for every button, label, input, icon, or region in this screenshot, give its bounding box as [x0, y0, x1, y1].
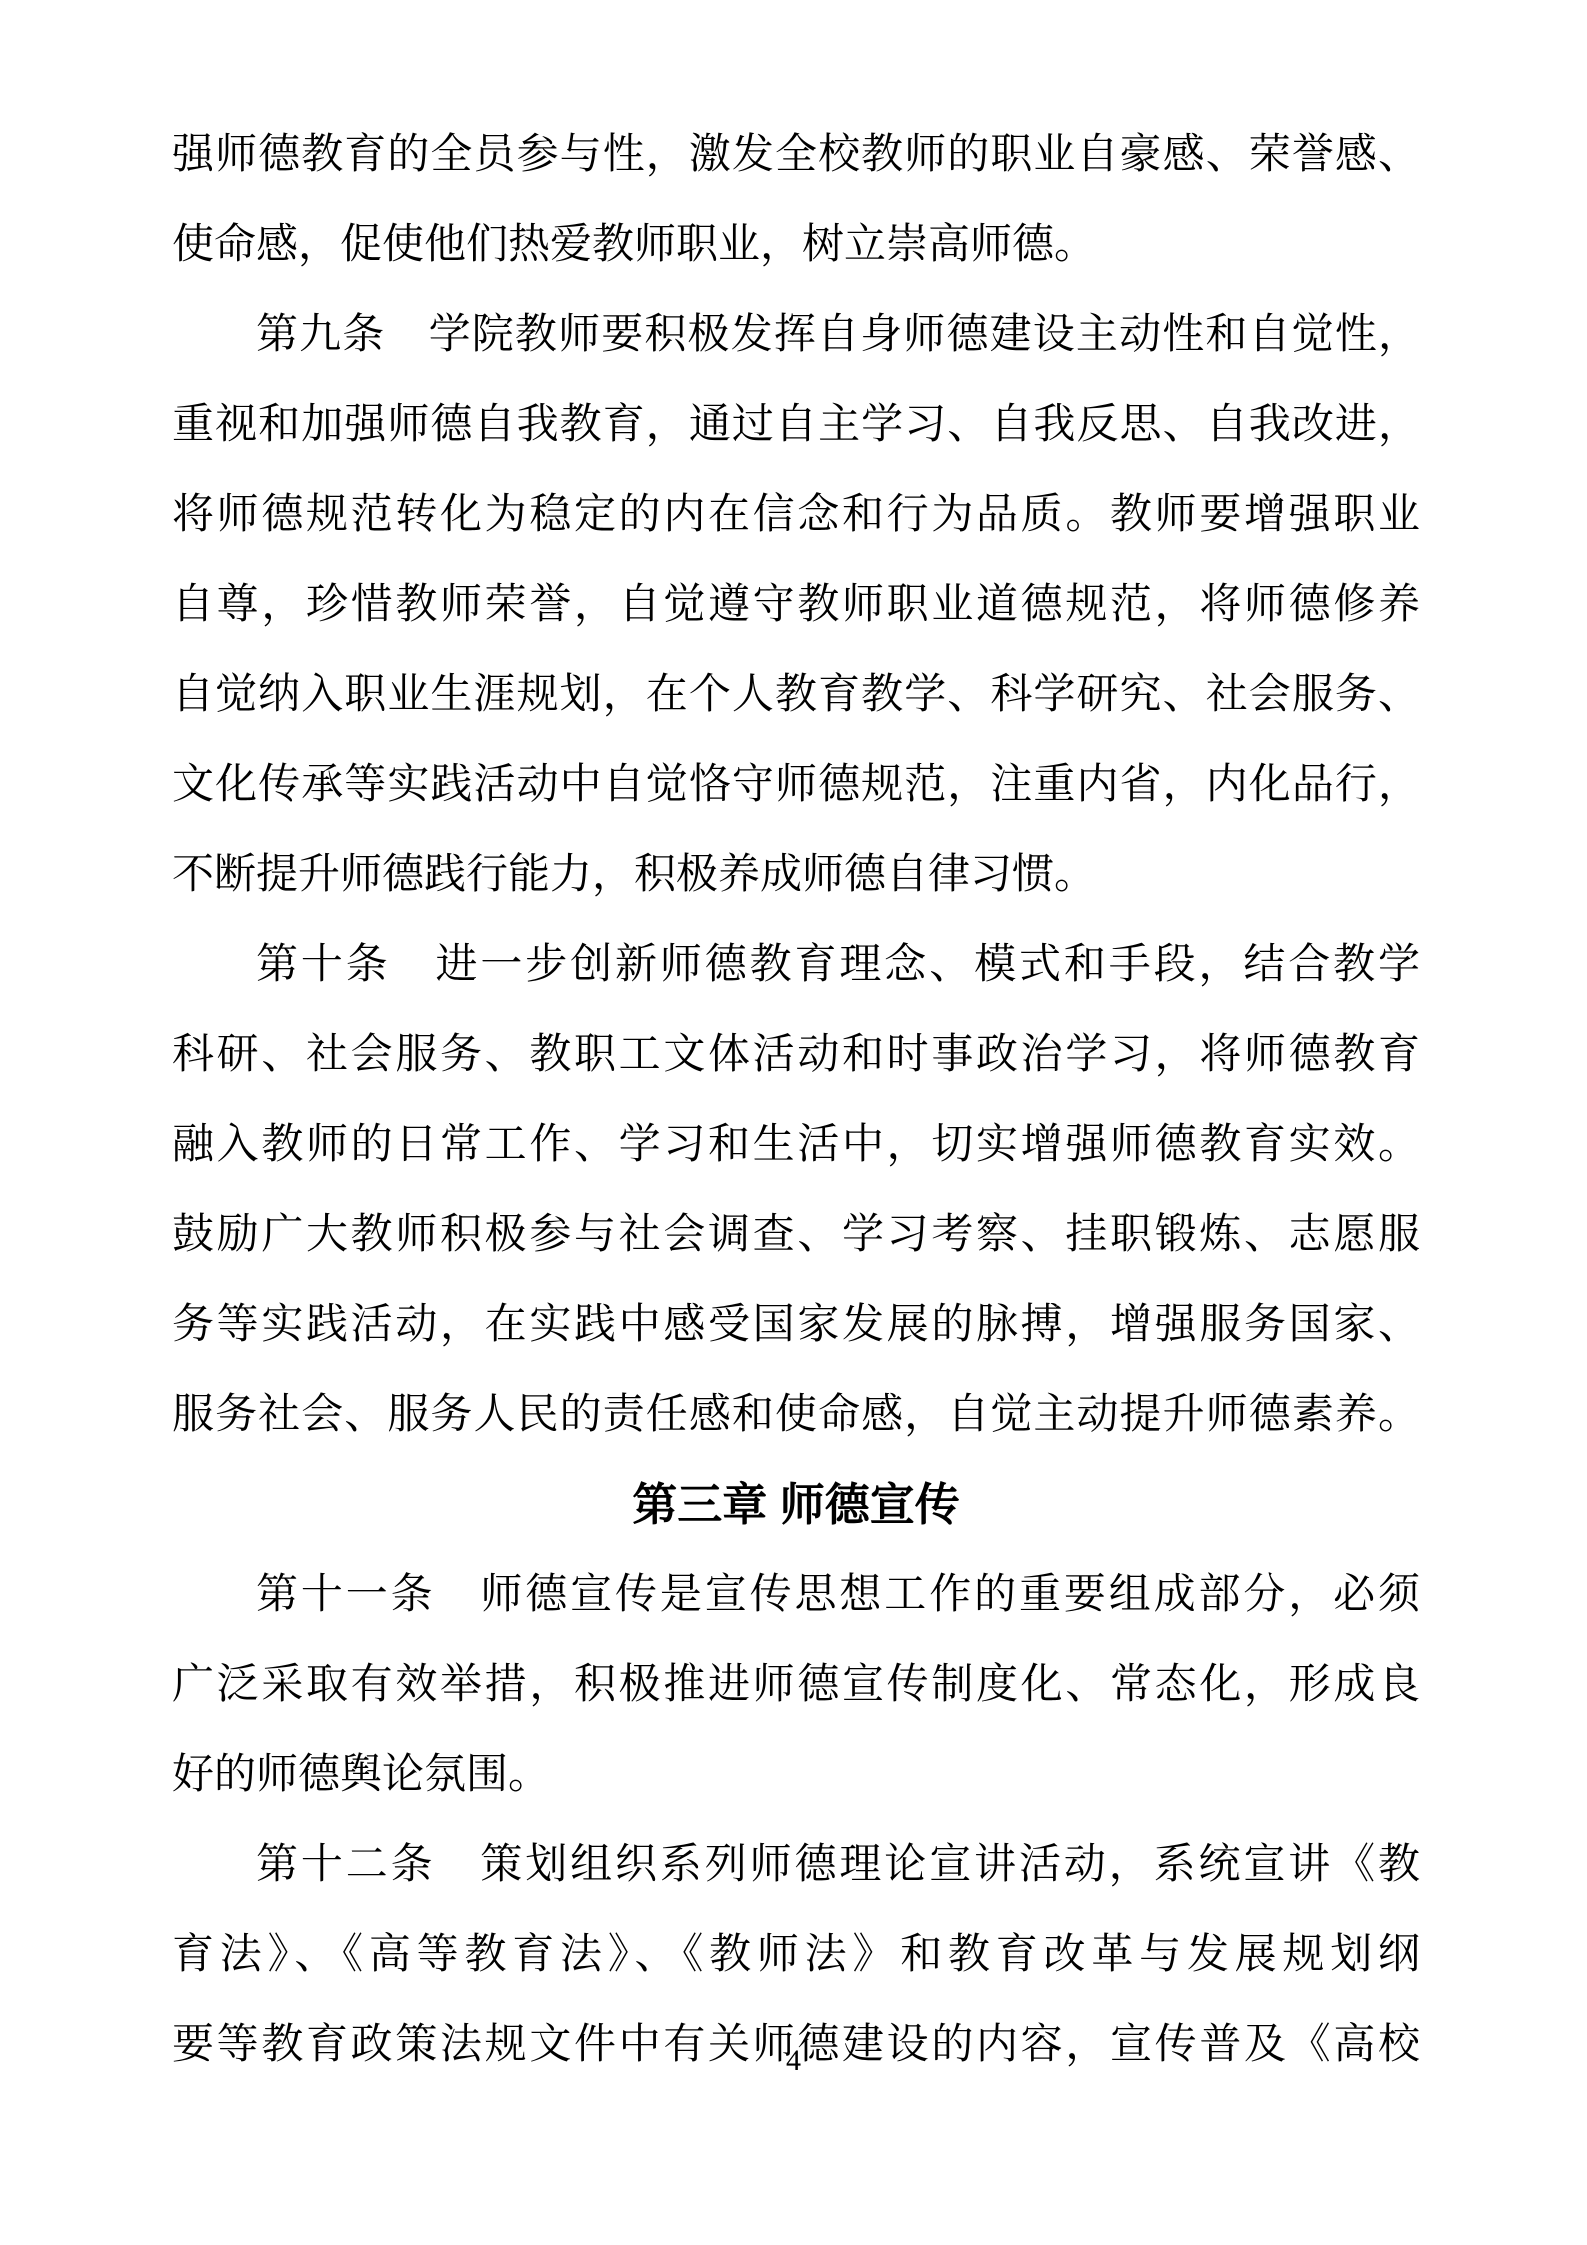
document-line: 不断提升师德践行能力，积极养成师德自律习惯。 [172, 830, 1420, 920]
document-line: 科研、社会服务、教职工文体活动和时事政治学习，将师德教育 [172, 1010, 1420, 1100]
document-line: 好的师德舆论氛围。 [172, 1730, 1420, 1820]
document-line: 自尊，珍惜教师荣誉，自觉遵守教师职业道德规范，将师德修养 [172, 560, 1420, 650]
document-line: 使命感，促使他们热爱教师职业，树立崇高师德。 [172, 200, 1420, 290]
document-line: 强师德教育的全员参与性，激发全校教师的职业自豪感、荣誉感、 [172, 110, 1420, 200]
document-line: 第九条 学院教师要积极发挥自身师德建设主动性和自觉性， [172, 290, 1420, 380]
document-line: 第十条 进一步创新师德教育理念、模式和手段，结合教学 [172, 920, 1420, 1010]
chapter-heading: 第三章 师德宣传 [172, 1460, 1420, 1550]
document-page: 强师德教育的全员参与性，激发全校教师的职业自豪感、荣誉感、使命感，促使他们热爱教… [0, 0, 1587, 2245]
document-line: 自觉纳入职业生涯规划，在个人教育教学、科学研究、社会服务、 [172, 650, 1420, 740]
document-line: 务等实践活动，在实践中感受国家发展的脉搏，增强服务国家、 [172, 1280, 1420, 1370]
document-line: 融入教师的日常工作、学习和生活中，切实增强师德教育实效。 [172, 1100, 1420, 1190]
document-line: 将师德规范转化为稳定的内在信念和行为品质。教师要增强职业 [172, 470, 1420, 560]
document-line: 文化传承等实践活动中自觉恪守师德规范，注重内省，内化品行， [172, 740, 1420, 830]
document-line: 鼓励广大教师积极参与社会调查、学习考察、挂职锻炼、志愿服 [172, 1190, 1420, 1280]
page-number: 4 [0, 2038, 1587, 2084]
document-line: 重视和加强师德自我教育，通过自主学习、自我反思、自我改进， [172, 380, 1420, 470]
document-lines: 强师德教育的全员参与性，激发全校教师的职业自豪感、荣誉感、使命感，促使他们热爱教… [172, 110, 1420, 2090]
document-line: 第十一条 师德宣传是宣传思想工作的重要组成部分，必须 [172, 1550, 1420, 1640]
document-line: 第十二条 策划组织系列师德理论宣讲活动，系统宣讲《教 [172, 1820, 1420, 1910]
document-line: 育法》、《高等教育法》、《教师法》和教育改革与发展规划纲 [172, 1910, 1420, 2000]
document-line: 广泛采取有效举措，积极推进师德宣传制度化、常态化，形成良 [172, 1640, 1420, 1730]
document-line: 服务社会、服务人民的责任感和使命感，自觉主动提升师德素养。 [172, 1370, 1420, 1460]
